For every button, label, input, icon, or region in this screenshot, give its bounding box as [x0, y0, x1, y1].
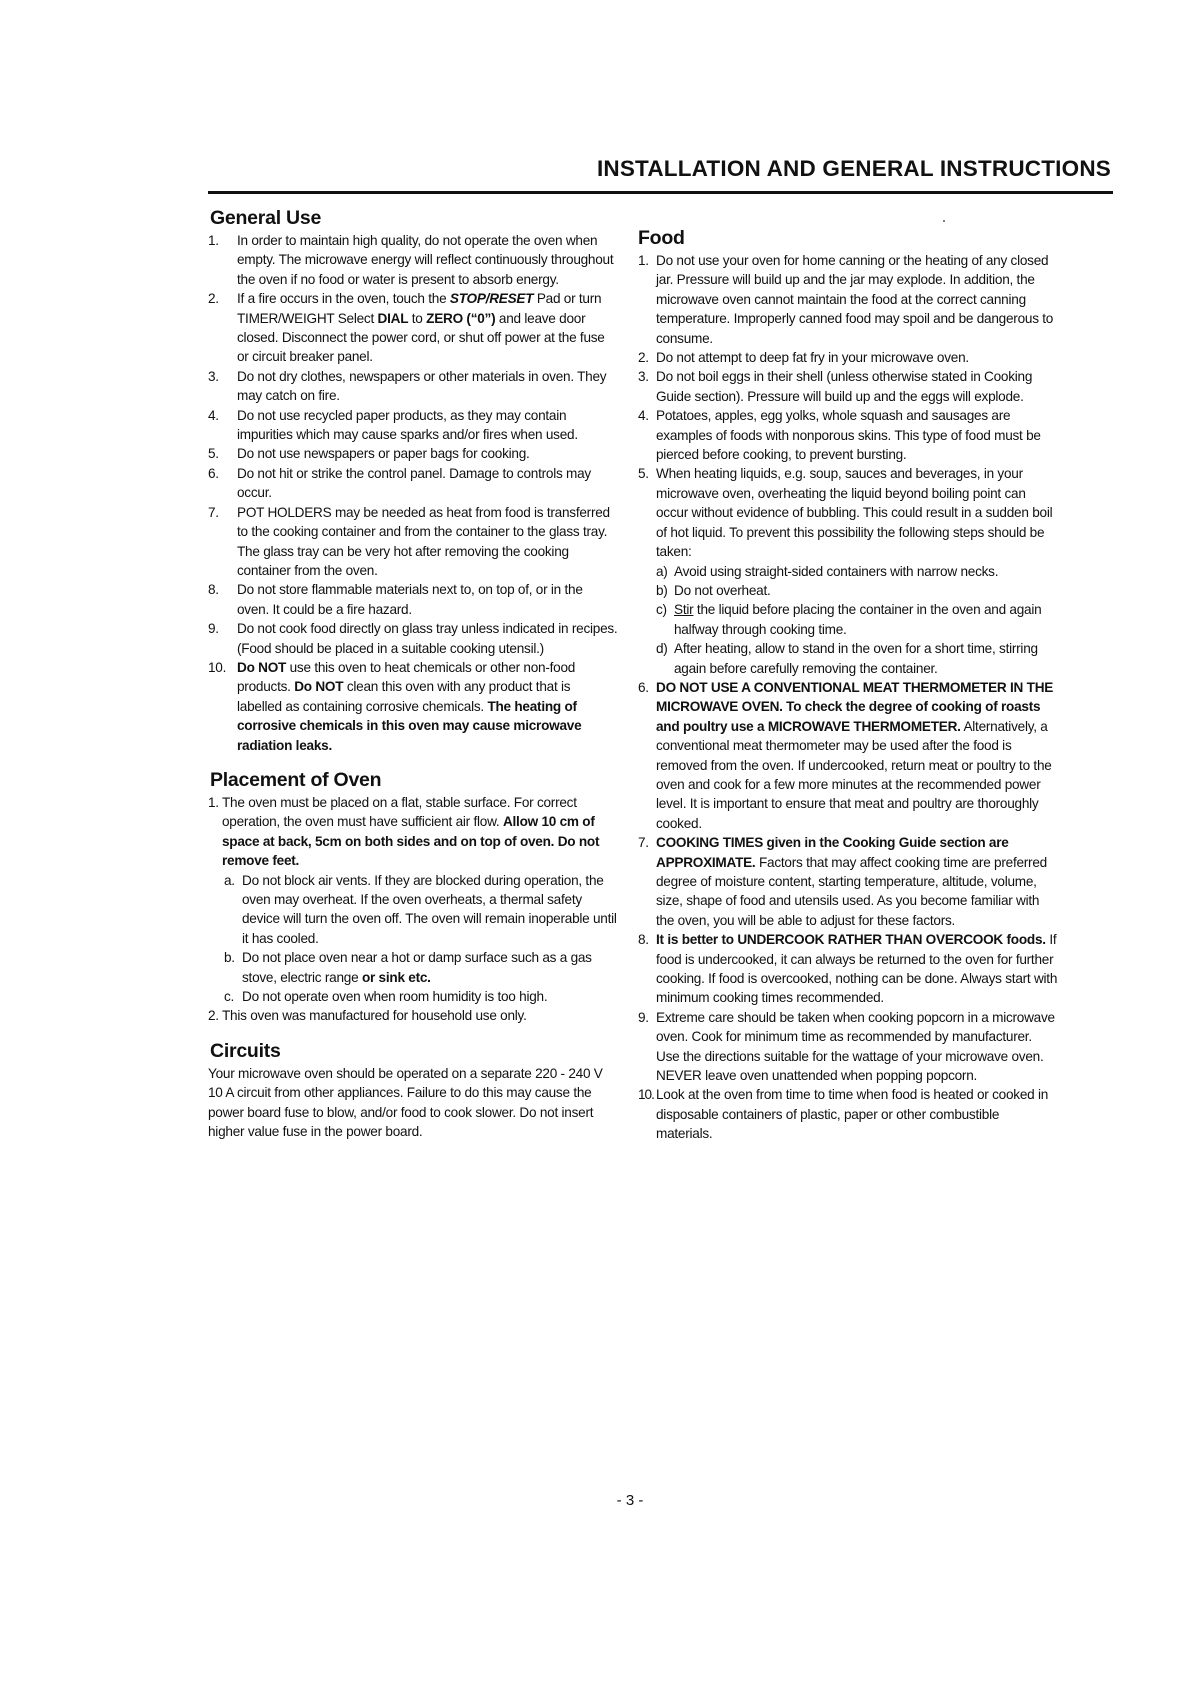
section-title-food: Food	[638, 225, 1058, 251]
item-number: 3.	[208, 367, 219, 386]
page-number: - 3 -	[560, 1492, 700, 1509]
list-item: 1. The oven must be placed on a flat, st…	[208, 793, 618, 871]
list-item: 2. Do not attempt to deep fat fry in you…	[638, 348, 1058, 367]
item-letter: d)	[656, 639, 668, 658]
list-item: 3. Do not boil eggs in their shell (unle…	[638, 367, 1058, 406]
item-text: POT HOLDERS may be needed as heat from f…	[237, 505, 610, 578]
right-column: Food 1. Do not use your oven for home ca…	[638, 225, 1058, 1152]
item-text: Do not cook food directly on glass tray …	[237, 621, 617, 655]
placement-list: 1. The oven must be placed on a flat, st…	[208, 793, 618, 1026]
item-letter: a.	[224, 871, 235, 890]
item-number: 6.	[638, 678, 649, 697]
sub-list-item: d) After heating, allow to stand in the …	[638, 639, 1058, 678]
list-item: 6. Do not hit or strike the control pane…	[208, 464, 618, 503]
item-letter: c)	[656, 600, 667, 619]
item-emphasis: or sink etc.	[362, 970, 431, 985]
left-column: General Use 1. In order to maintain high…	[208, 205, 618, 1149]
list-item: 2. If a fire occurs in the oven, touch t…	[208, 289, 618, 367]
item-letter: b)	[656, 581, 668, 600]
item-number: 5.	[638, 464, 649, 483]
stir-emphasis: Stir	[674, 602, 693, 617]
item-text: Do not overheat.	[674, 583, 771, 598]
page-title: INSTALLATION AND GENERAL INSTRUCTIONS	[208, 155, 1113, 183]
sub-list-item: c) Stir the liquid before placing the co…	[638, 600, 1058, 639]
header-rule	[208, 191, 1113, 194]
list-item: 2. This oven was manufactured for househ…	[208, 1006, 618, 1025]
item-number: 6.	[208, 464, 219, 483]
item-emphasis: Do NOT	[237, 660, 286, 675]
item-number: 9.	[638, 1008, 649, 1027]
item-number: 8.	[208, 580, 219, 599]
item-number: 1.	[208, 231, 219, 250]
item-number: 10.	[638, 1085, 654, 1104]
item-emphasis: It is better to UNDERCOOK RATHER THAN OV…	[656, 932, 1046, 947]
item-text: Extreme care should be taken when cookin…	[656, 1010, 1055, 1083]
list-item: 5. Do not use newspapers or paper bags f…	[208, 444, 618, 463]
item-text: Do not attempt to deep fat fry in your m…	[656, 350, 969, 365]
list-item: 8. Do not store flammable materials next…	[208, 580, 618, 619]
placement-section: Placement of Oven 1. The oven must be pl…	[208, 767, 618, 1026]
section-title-general-use: General Use	[210, 205, 618, 231]
item-number: 2.	[208, 289, 219, 308]
item-text: Look at the oven from time to time when …	[656, 1087, 1048, 1141]
zero-label: ZERO (“0”)	[426, 311, 495, 326]
list-item: 9. Extreme care should be taken when coo…	[638, 1008, 1058, 1086]
sub-list-item: b) Do not overheat.	[638, 581, 1058, 600]
list-item: 6. DO NOT USE A CONVENTIONAL MEAT THERMO…	[638, 678, 1058, 833]
item-text: Avoid using straight-sided containers wi…	[674, 564, 998, 579]
list-item: 3. Do not dry clothes, newspapers or oth…	[208, 367, 618, 406]
food-section: Food 1. Do not use your oven for home ca…	[638, 225, 1058, 1144]
item-number: 4.	[208, 406, 219, 425]
item-text: Do not hit or strike the control panel. …	[237, 466, 591, 500]
item-number: 5.	[208, 444, 219, 463]
item-text: Potatoes, apples, egg yolks, whole squas…	[656, 408, 1041, 462]
scan-speck	[943, 220, 945, 222]
item-text: the liquid before placing the container …	[674, 602, 1041, 636]
item-letter: b.	[224, 948, 235, 967]
list-item: 10. Look at the oven from time to time w…	[638, 1085, 1058, 1143]
sub-list-item: c. Do not operate oven when room humidit…	[208, 987, 618, 1006]
list-item: 4. Do not use recycled paper products, a…	[208, 406, 618, 445]
sub-list-item: b. Do not place oven near a hot or damp …	[208, 948, 618, 987]
item-text: Do not use newspapers or paper bags for …	[237, 446, 530, 461]
dial-label: DIAL	[378, 311, 409, 326]
sub-list-item: a) Avoid using straight-sided containers…	[638, 562, 1058, 581]
list-item: 7. COOKING TIMES given in the Cooking Gu…	[638, 833, 1058, 930]
item-number: 1.	[638, 251, 649, 270]
item-text: When heating liquids, e.g. soup, sauces …	[656, 466, 1052, 559]
item-text: Do not store flammable materials next to…	[237, 582, 583, 616]
item-text: Do not operate oven when room humidity i…	[242, 989, 547, 1004]
item-text: Do not use recycled paper products, as t…	[237, 408, 578, 442]
item-text: Do not use your oven for home canning or…	[656, 253, 1053, 346]
page-header: INSTALLATION AND GENERAL INSTRUCTIONS	[208, 155, 1113, 183]
item-emphasis: Do NOT	[294, 679, 343, 694]
circuits-section: Circuits Your microwave oven should be o…	[208, 1038, 618, 1142]
item-letter: a)	[656, 562, 668, 581]
list-item: 1. In order to maintain high quality, do…	[208, 231, 618, 289]
item-text: After heating, allow to stand in the ove…	[674, 641, 1038, 675]
item-number: 1.	[208, 793, 219, 812]
item-text: If a fire occurs in the oven, touch the	[237, 291, 450, 306]
item-number: 8.	[638, 930, 649, 949]
item-number: 10.	[208, 658, 226, 677]
item-number: 7.	[638, 833, 649, 852]
list-item: 7. POT HOLDERS may be needed as heat fro…	[208, 503, 618, 581]
item-text: to	[408, 311, 426, 326]
circuits-text: Your microwave oven should be operated o…	[208, 1064, 618, 1142]
stop-reset-label: STOP/RESET	[450, 291, 533, 306]
general-use-list: 1. In order to maintain high quality, do…	[208, 231, 618, 755]
food-list: 1. Do not use your oven for home canning…	[638, 251, 1058, 1144]
item-number: 2.	[638, 348, 649, 367]
section-title-placement: Placement of Oven	[210, 767, 618, 793]
general-use-section: General Use 1. In order to maintain high…	[208, 205, 618, 755]
list-item: 5. When heating liquids, e.g. soup, sauc…	[638, 464, 1058, 561]
sub-list-item: a. Do not block air vents. If they are b…	[208, 871, 618, 949]
item-text: This oven was manufactured for household…	[222, 1008, 527, 1023]
item-letter: c.	[224, 987, 234, 1006]
list-item: 4. Potatoes, apples, egg yolks, whole sq…	[638, 406, 1058, 464]
item-text: Do not boil eggs in their shell (unless …	[656, 369, 1032, 403]
list-item: 8. It is better to UNDERCOOK RATHER THAN…	[638, 930, 1058, 1008]
list-item: 9. Do not cook food directly on glass tr…	[208, 619, 618, 658]
item-text: Do not block air vents. If they are bloc…	[242, 873, 617, 946]
item-number: 2.	[208, 1006, 219, 1025]
section-title-circuits: Circuits	[210, 1038, 618, 1064]
item-number: 7.	[208, 503, 219, 522]
list-item: 1. Do not use your oven for home canning…	[638, 251, 1058, 348]
item-text: Do not dry clothes, newspapers or other …	[237, 369, 606, 403]
list-item: 10. Do NOT use this oven to heat chemica…	[208, 658, 618, 755]
item-text: Alternatively, a conventional meat therm…	[656, 719, 1052, 831]
item-number: 4.	[638, 406, 649, 425]
item-number: 9.	[208, 619, 219, 638]
item-number: 3.	[638, 367, 649, 386]
item-text: In order to maintain high quality, do no…	[237, 233, 613, 287]
